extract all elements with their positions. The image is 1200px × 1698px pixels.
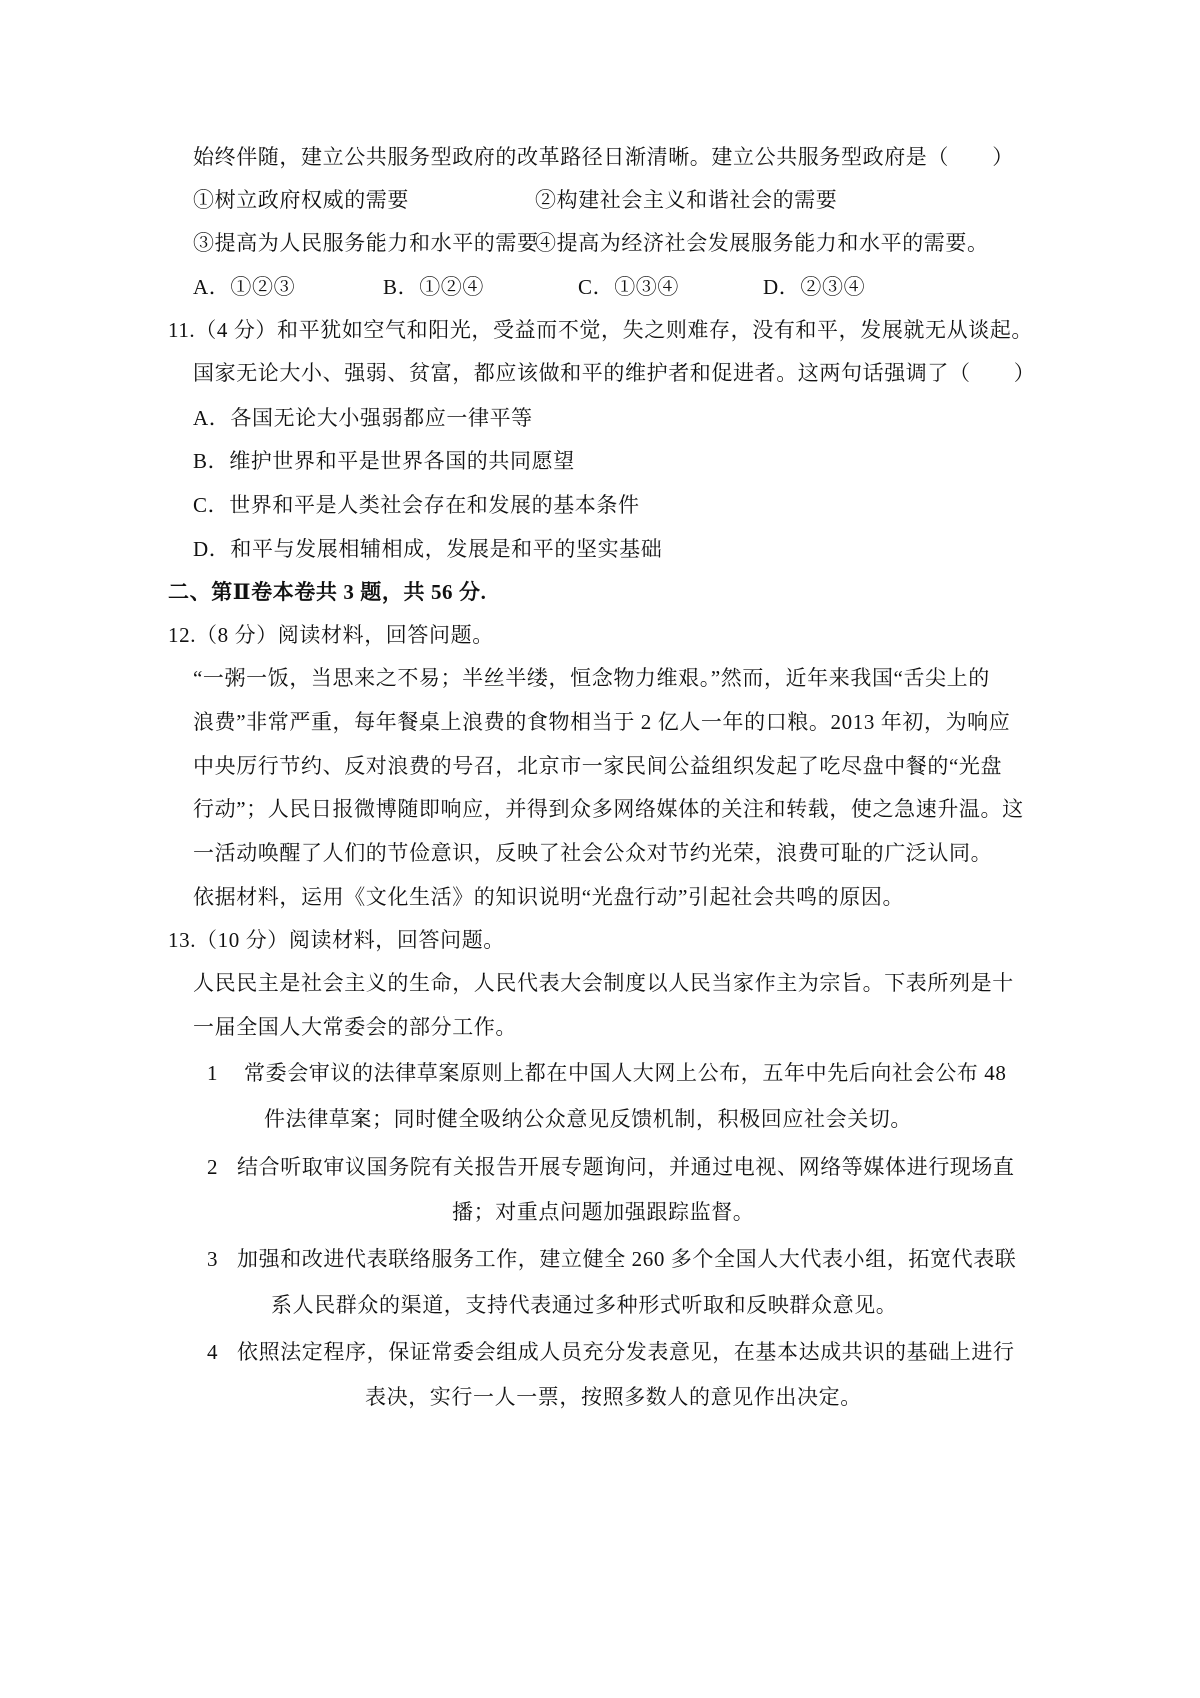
q10-option-b[interactable]: B．①②④ bbox=[383, 273, 484, 301]
q12-material-line-1: “一粥一饭，当思来之不易；半丝半缕，恒念物力维艰。”然而，近年来我国“舌尖上的 bbox=[193, 664, 990, 692]
q11-option-a[interactable]: A．各国无论大小强弱都应一律平等 bbox=[193, 404, 533, 432]
q10-statement-4: ④提高为经济社会发展服务能力和水平的需要。 bbox=[535, 229, 989, 257]
q11-option-d[interactable]: D．和平与发展相辅相成，发展是和平的坚实基础 bbox=[193, 535, 662, 563]
row-text-line-1: 依照法定程序，保证常委会组成人员充分发表意见，在基本达成共识的基础上进行 bbox=[237, 1338, 1015, 1366]
row-text-line-2: 表决，实行一人一票，按照多数人的意见作出决定。 bbox=[365, 1383, 862, 1411]
q11-line-1: 11.（4 分）和平犹如空气和阳光，受益而不觉，失之则难存，没有和平，发展就无从… bbox=[168, 316, 1033, 344]
row-text-line-1: 结合听取审议国务院有关报告开展专题询问，并通过电视、网络等媒体进行现场直 bbox=[237, 1153, 1015, 1181]
q12-material-line-3: 中央厉行节约、反对浪费的号召，北京市一家民间公益组织发起了吃尽盘中餐的“光盘 bbox=[193, 752, 1002, 780]
row-text-line-2: 播；对重点问题加强跟踪监督。 bbox=[452, 1198, 754, 1226]
row-text-line-2: 件法律草案；同时健全吸纳公众意见反馈机制，积极回应社会关切。 bbox=[264, 1105, 912, 1133]
row-number: 2 bbox=[207, 1153, 218, 1181]
q10-statement-1: ①树立政府权威的需要 bbox=[193, 186, 409, 214]
q11-option-c[interactable]: C．世界和平是人类社会存在和发展的基本条件 bbox=[193, 491, 640, 519]
q10-statement-3: ③提高为人民服务能力和水平的需要 bbox=[193, 229, 539, 257]
q13-intro-line-1: 人民民主是社会主义的生命，人民代表大会制度以人民当家作主为宗旨。下表所列是十 bbox=[193, 969, 1014, 997]
section-2-heading: 二、第Ⅱ卷本卷共 3 题，共 56 分. bbox=[168, 578, 486, 606]
row-text-line-1: 加强和改进代表联络服务工作，建立健全 260 多个全国人大代表小组，拓宽代表联 bbox=[237, 1245, 1016, 1273]
row-number: 4 bbox=[207, 1338, 218, 1366]
q10-option-a[interactable]: A．①②③ bbox=[193, 273, 295, 301]
q12-material-line-5: 一活动唤醒了人们的节俭意识，反映了社会公众对节约光荣，浪费可耻的广泛认同。 bbox=[193, 839, 992, 867]
row-text-line-1: 常委会审议的法律草案原则上都在中国人大网上公布，五年中先后向社会公布 48 bbox=[244, 1059, 1006, 1087]
q13-intro-line-2: 一届全国人大常委会的部分工作。 bbox=[193, 1013, 517, 1041]
q11-line-2: 国家无论大小、强弱、贫富，都应该做和平的维护者和促进者。这两句话强调了（ ） bbox=[193, 359, 1035, 387]
q12-question: 依据材料，运用《文化生活》的知识说明“光盘行动”引起社会共鸣的原因。 bbox=[193, 883, 904, 911]
q12-material-line-4: 行动”；人民日报微博随即响应，并得到众多网络媒体的关注和转载，使之急速升温。这 bbox=[193, 795, 1024, 823]
q13-title: 13.（10 分）阅读材料，回答问题。 bbox=[168, 926, 505, 954]
q12-title: 12.（8 分）阅读材料，回答问题。 bbox=[168, 621, 494, 649]
q10-option-d[interactable]: D．②③④ bbox=[763, 273, 865, 301]
row-number: 3 bbox=[207, 1245, 218, 1273]
q11-option-b[interactable]: B．维护世界和平是世界各国的共同愿望 bbox=[193, 447, 575, 475]
q10-stem-tail: 始终伴随，建立公共服务型政府的改革路径日渐清晰。建立公共服务型政府是（ ） bbox=[193, 143, 1014, 171]
q10-statement-2: ②构建社会主义和谐社会的需要 bbox=[535, 186, 837, 214]
row-text-line-2: 系人民群众的渠道，支持代表通过多种形式听取和反映群众意见。 bbox=[271, 1291, 897, 1319]
q12-material-line-2: 浪费”非常严重，每年餐桌上浪费的食物相当于 2 亿人一年的口粮。2013 年初，… bbox=[193, 708, 1010, 736]
q10-option-c[interactable]: C．①③④ bbox=[578, 273, 679, 301]
row-number: 1 bbox=[207, 1059, 218, 1087]
